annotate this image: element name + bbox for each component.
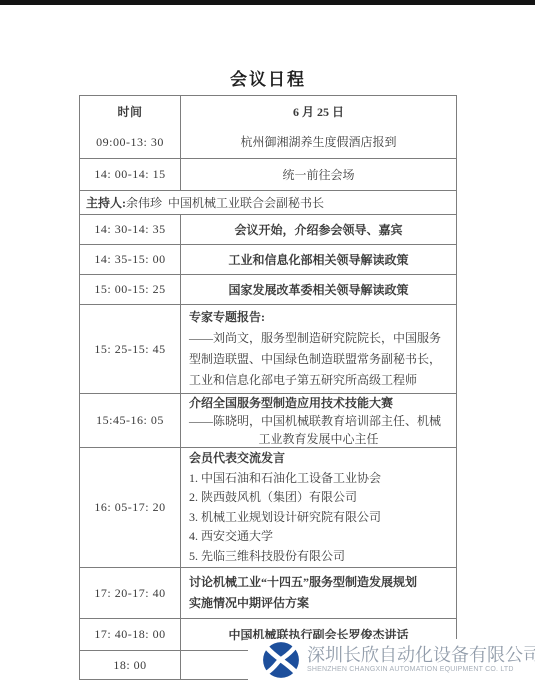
logo-company-name-en: SHENZHEN CHANGXIN AUTOMATION EQUIPMENT C… (307, 665, 535, 674)
table-row: 14: 30-14: 35会议开始，介绍参会领导、嘉宾 (80, 214, 456, 244)
time-cell: 09:00-13: 30 (80, 126, 181, 158)
table-row: 17: 20-17: 40讨论机械工业“十四五”服务型制造发展规划实施情况中期评… (80, 567, 456, 618)
agenda-table-body: 09:00-13: 30杭州御湘湖养生度假酒店报到14: 00-14: 15统一… (80, 126, 456, 679)
content-line: 2. 陕西鼓风机（集团）有限公司 (189, 488, 448, 508)
company-logo: 深圳长欣自动化设备有限公司 SHENZHEN CHANGXIN AUTOMATI… (248, 639, 535, 680)
content-line: 会议开始，介绍参会领导、嘉宾 (189, 220, 448, 240)
time-cell: 14: 30-14: 35 (80, 215, 181, 244)
table-row: 16: 05-17: 20会员代表交流发言1. 中国石油和石油化工设备工业协会2… (80, 447, 456, 567)
content-line: 专家专题报告: (189, 307, 448, 328)
content-cell: 统一前往会场 (181, 159, 456, 190)
content-line: ——刘尚文，服务型制造研究院院长，中国服务 (189, 328, 448, 349)
company-logo-icon (260, 640, 302, 680)
content-line: 统一前往会场 (189, 165, 448, 185)
table-header-row: 时间 6 月 25 日 (80, 96, 456, 126)
content-cell: 会员代表交流发言1. 中国石油和石油化工设备工业协会2. 陕西鼓风机（集团）有限… (181, 448, 456, 567)
content-line: 介绍全国服务型制造应用技术技能大赛 (189, 394, 448, 412)
table-row: 15:45-16: 05介绍全国服务型制造应用技术技能大赛——陈晓明，中国机械联… (80, 393, 456, 447)
content-cell: 会议开始，介绍参会领导、嘉宾 (181, 215, 456, 244)
content-cell: 介绍全国服务型制造应用技术技能大赛——陈晓明，中国机械联教育培训部主任、机械工业… (181, 394, 456, 447)
host-cell: 主持人:余伟珍 中国机械工业联合会副秘书长 (80, 191, 456, 214)
logo-company-name-cn: 深圳长欣自动化设备有限公司 (307, 645, 535, 665)
content-cell: 专家专题报告:——刘尚文，服务型制造研究院院长，中国服务型制造联盟、中国绿色制造… (181, 305, 456, 393)
time-cell: 15:45-16: 05 (80, 394, 181, 447)
time-cell: 17: 20-17: 40 (80, 568, 181, 618)
page-title: 会议日程 (79, 69, 457, 91)
content-line: 会员代表交流发言 (189, 449, 448, 469)
table-row: 15: 00-15: 25国家发展改革委相关领导解读政策 (80, 274, 456, 304)
content-line: ——陈晓明，中国机械联教育培训部主任、机械 (189, 412, 448, 430)
content-line: 工业和信息化部电子第五研究所高级工程师 (189, 370, 448, 391)
content-cell: 杭州御湘湖养生度假酒店报到 (181, 126, 456, 158)
content-cell: 工业和信息化部相关领导解读政策 (181, 245, 456, 274)
content-line: 3. 机械工业规划设计研究院有限公司 (189, 508, 448, 528)
content-line: 5. 先临三维科技股份有限公司 (189, 547, 448, 567)
content-line: 杭州御湘湖养生度假酒店报到 (189, 132, 448, 152)
time-cell: 16: 05-17: 20 (80, 448, 181, 567)
host-row: 主持人:余伟珍 中国机械工业联合会副秘书长 (80, 190, 456, 214)
content-line: 1. 中国石油和石油化工设备工业协会 (189, 469, 448, 489)
time-cell: 14: 35-15: 00 (80, 245, 181, 274)
time-cell: 15: 25-15: 45 (80, 305, 181, 393)
content-line: 讨论机械工业“十四五”服务型制造发展规划 (189, 572, 448, 593)
host-label: 主持人: (86, 196, 126, 210)
agenda-table: 时间 6 月 25 日 09:00-13: 30杭州御湘湖养生度假酒店报到14:… (79, 95, 457, 680)
time-cell: 15: 00-15: 25 (80, 275, 181, 304)
company-logo-text: 深圳长欣自动化设备有限公司 SHENZHEN CHANGXIN AUTOMATI… (307, 645, 535, 674)
top-black-bar (0, 0, 535, 5)
table-row: 15: 25-15: 45专家专题报告:——刘尚文，服务型制造研究院院长，中国服… (80, 304, 456, 393)
table-row: 14: 35-15: 00工业和信息化部相关领导解读政策 (80, 244, 456, 274)
content-cell: 国家发展改革委相关领导解读政策 (181, 275, 456, 304)
content-line: 4. 西安交通大学 (189, 527, 448, 547)
time-cell: 18: 00 (80, 651, 181, 679)
content-line: 实施情况中期评估方案 (189, 593, 448, 614)
content-line: 型制造联盟、中国绿色制造联盟常务副秘书长， (189, 349, 448, 370)
content-line: 国家发展改革委相关领导解读政策 (189, 280, 448, 300)
table-row: 09:00-13: 30杭州御湘湖养生度假酒店报到 (80, 126, 456, 158)
time-cell: 17: 40-18: 00 (80, 619, 181, 650)
header-time-cell: 时间 (80, 96, 181, 126)
time-cell: 14: 00-14: 15 (80, 159, 181, 190)
header-date-cell: 6 月 25 日 (181, 96, 456, 126)
table-row: 14: 00-14: 15统一前往会场 (80, 158, 456, 190)
host-value: 余伟珍 中国机械工业联合会副秘书长 (126, 196, 324, 210)
content-line: 工业教育发展中心主任 (189, 430, 448, 448)
content-cell: 讨论机械工业“十四五”服务型制造发展规划实施情况中期评估方案 (181, 568, 456, 618)
document-page: 会议日程 时间 6 月 25 日 09:00-13: 30杭州御湘湖养生度假酒店… (0, 0, 535, 680)
content-line: 工业和信息化部相关领导解读政策 (189, 250, 448, 270)
